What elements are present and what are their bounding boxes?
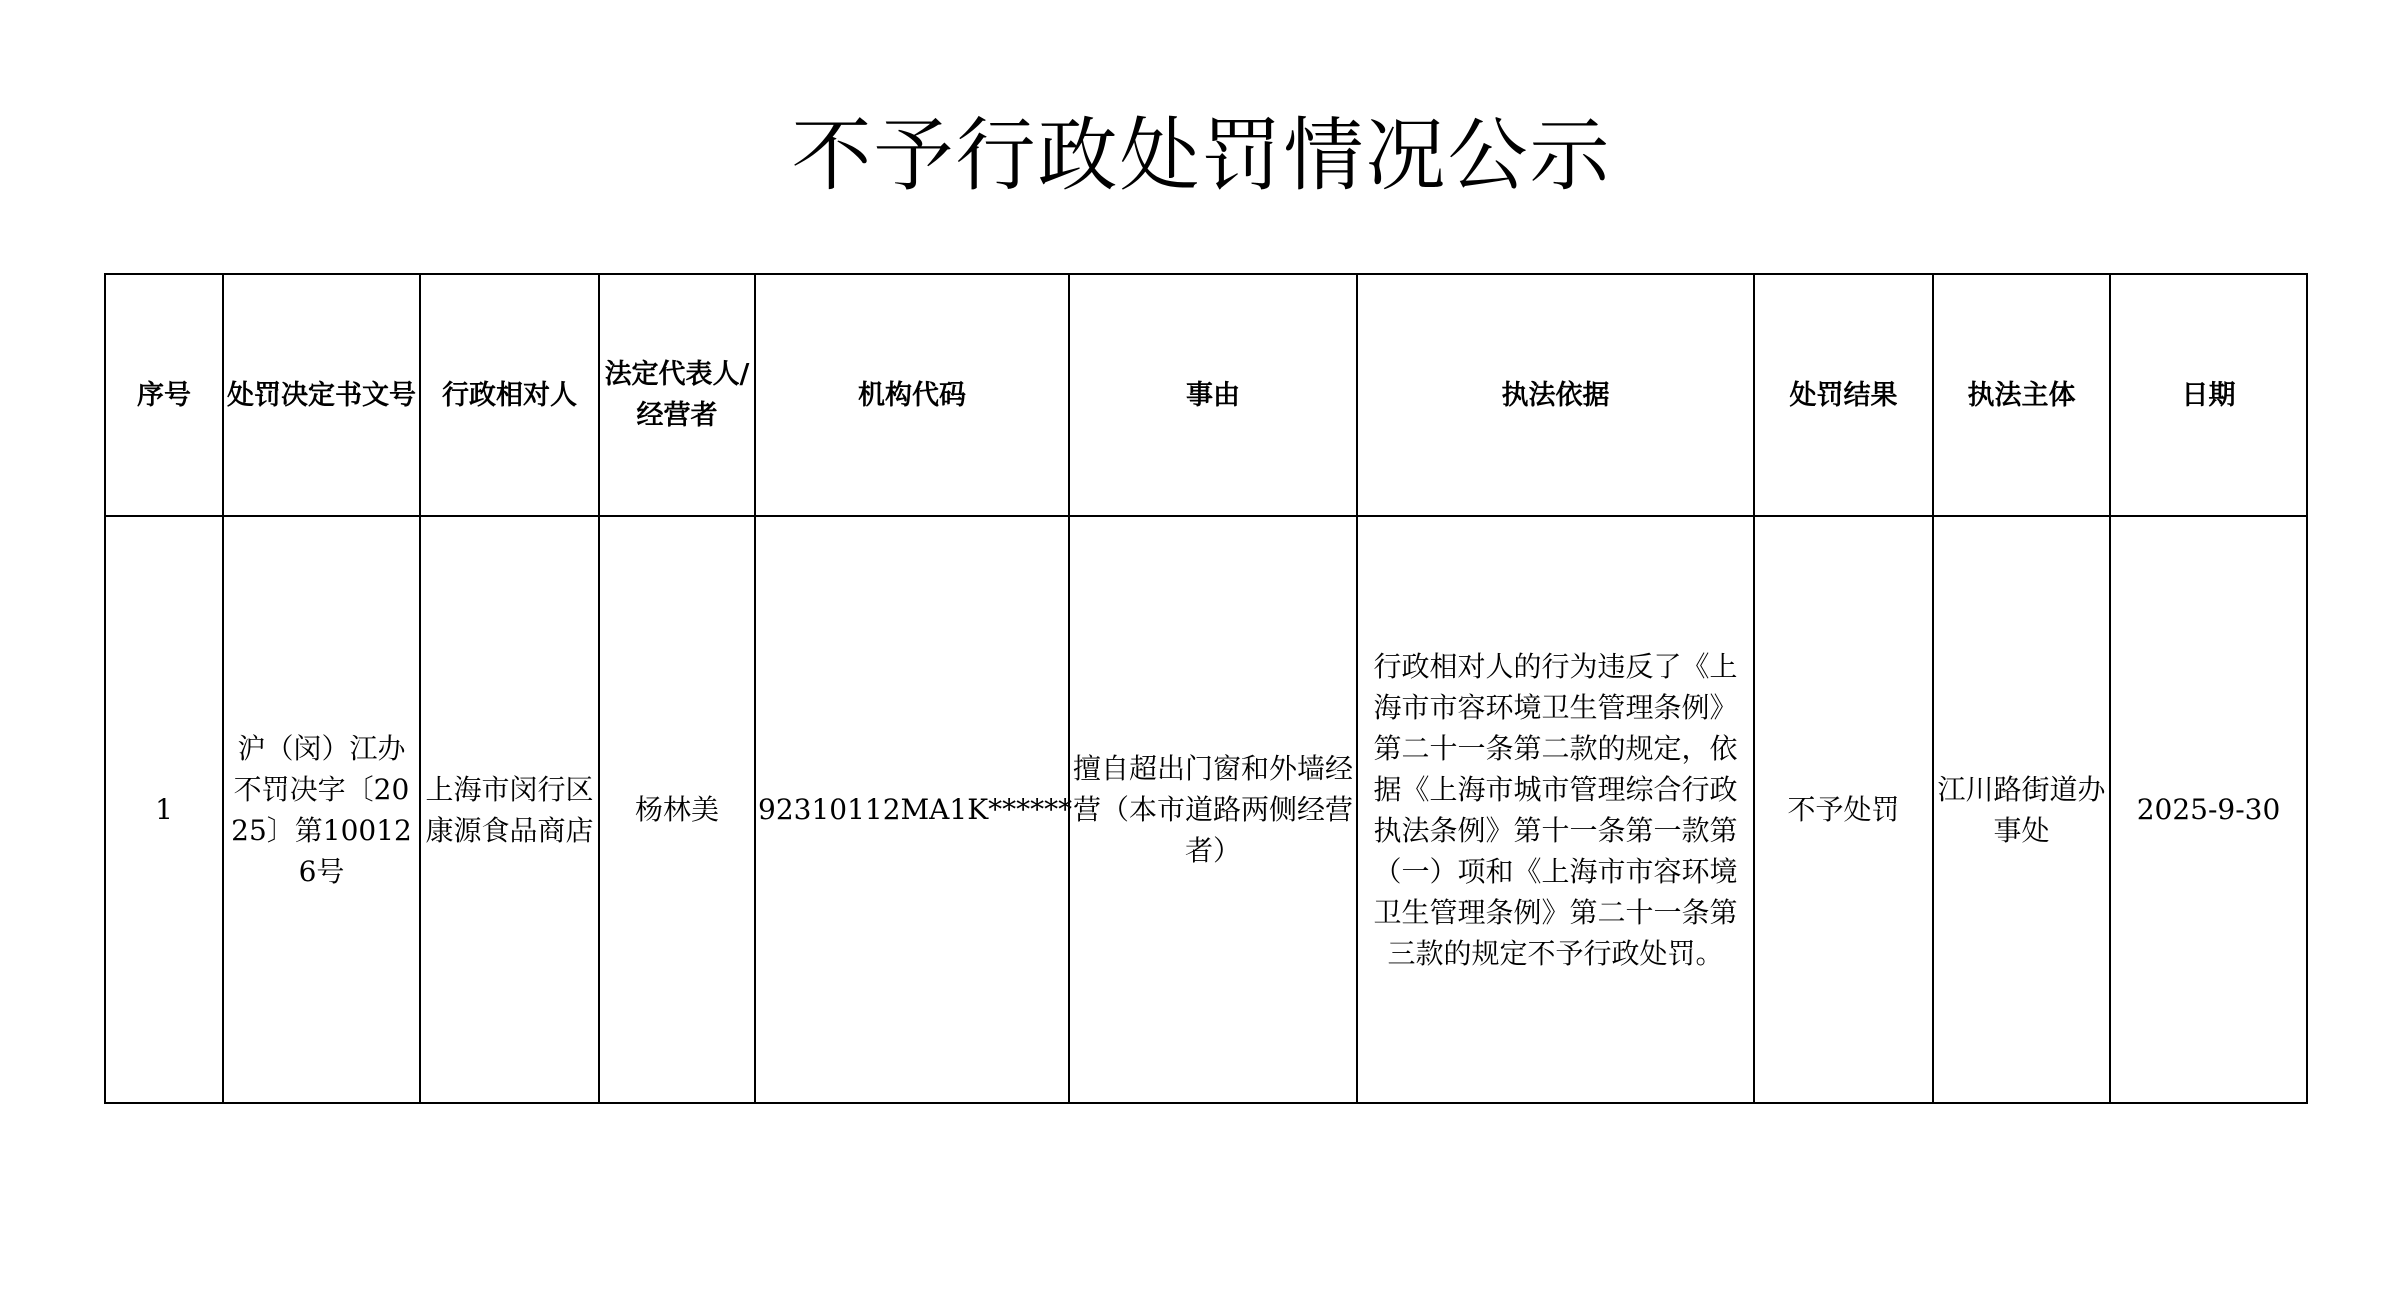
cell-decision-no: 沪（闵）江办不罚决字〔2025〕第100126号 <box>223 516 420 1103</box>
cell-representative: 杨林美 <box>599 516 755 1103</box>
cell-party: 上海市闵行区康源食品商店 <box>420 516 599 1103</box>
table-header-row: 序号 处罚决定书文号 行政相对人 法定代表人/经营者 机构代码 事由 执法依据 … <box>105 274 2307 516</box>
header-representative: 法定代表人/经营者 <box>599 274 755 516</box>
penalty-exemption-table: 序号 处罚决定书文号 行政相对人 法定代表人/经营者 机构代码 事由 执法依据 … <box>104 273 2308 1104</box>
cell-authority: 江川路街道办事处 <box>1933 516 2110 1103</box>
header-basis: 执法依据 <box>1357 274 1754 516</box>
cell-basis: 行政相对人的行为违反了《上海市市容环境卫生管理条例》第二十一条第二款的规定，依据… <box>1357 516 1754 1103</box>
header-org-code: 机构代码 <box>755 274 1069 516</box>
cell-reason: 擅自超出门窗和外墙经营（本市道路两侧经营者） <box>1069 516 1357 1103</box>
cell-seq: 1 <box>105 516 223 1103</box>
cell-date: 2025-9-30 <box>2110 516 2307 1103</box>
header-result: 处罚结果 <box>1754 274 1933 516</box>
header-decision-no: 处罚决定书文号 <box>223 274 420 516</box>
header-reason: 事由 <box>1069 274 1357 516</box>
cell-result: 不予处罚 <box>1754 516 1933 1103</box>
header-party: 行政相对人 <box>420 274 599 516</box>
page-title: 不予行政处罚情况公示 <box>0 108 2403 204</box>
header-seq: 序号 <box>105 274 223 516</box>
cell-org-code: 92310112MA1K****** <box>755 516 1069 1103</box>
table-row: 1 沪（闵）江办不罚决字〔2025〕第100126号 上海市闵行区康源食品商店 … <box>105 516 2307 1103</box>
header-authority: 执法主体 <box>1933 274 2110 516</box>
header-date: 日期 <box>2110 274 2307 516</box>
